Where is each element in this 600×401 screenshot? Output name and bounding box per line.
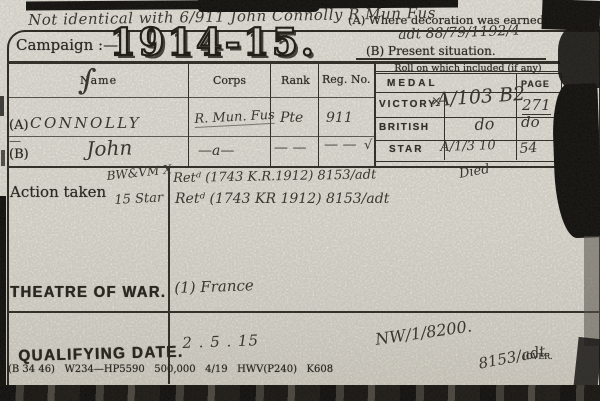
- qualifying-date-value: 2 . 5 . 15: [182, 331, 259, 352]
- star-check-mark: √: [364, 138, 372, 153]
- medal-column-label: MEDAL: [387, 78, 438, 89]
- star-roll-value: A/1/3 10: [440, 138, 496, 155]
- col-divider-rank-regno: [318, 62, 319, 166]
- row-b-side-mark: —: [9, 134, 21, 148]
- british-page-value: do: [521, 113, 540, 131]
- situation-underline: [356, 58, 546, 60]
- scan-artifact-left-speck-1: [0, 96, 4, 116]
- row-a-label: (A): [9, 118, 29, 133]
- medal-index-card-scan: Campaign :— 1914-15. (A) Where decoratio…: [0, 0, 600, 401]
- row-b-rank-ditto: — —: [274, 140, 306, 156]
- theatre-of-war-value: (1) France: [174, 276, 254, 297]
- theatre-bottom-rule: [7, 311, 600, 313]
- col-header-rank: Rank: [281, 74, 310, 87]
- col-header-roll: Roll on which included (if any): [378, 63, 558, 74]
- scan-artifact-right-upper: [558, 26, 600, 88]
- row-b-label: (B): [9, 147, 29, 162]
- scan-artifact-right-edge: [584, 236, 600, 346]
- action-entry-line2: Retᵈ (1743 KR 1912) 8153/adt: [175, 191, 389, 207]
- scan-artifact-left-bar: [0, 196, 6, 386]
- scan-artifact-top-bar-thick: [198, 0, 320, 12]
- col-header-reg-no: Reg. No.: [322, 73, 370, 86]
- medal-row-star-label: STAR: [389, 144, 423, 155]
- row-b-forename: John: [86, 135, 133, 161]
- campaign-label: Campaign :—: [16, 36, 118, 54]
- over-stamp: [OVER.: [523, 352, 553, 361]
- row-b-reg-ditto: — —: [324, 137, 356, 153]
- theatre-of-war-label: THEATRE OF WAR.: [10, 284, 166, 302]
- scan-artifact-bottom-right: [573, 337, 600, 389]
- print-code: (B 34 46) W234—HP5590 500,000 4/19 HWV(P…: [8, 364, 333, 375]
- col-divider-name-corps: [188, 62, 189, 166]
- row-a-rank: Pte: [280, 110, 303, 126]
- row-b-corps-ditto: —a—: [198, 143, 234, 159]
- action-taken-label: Action taken: [10, 183, 106, 201]
- action-note-star: 15 Star: [114, 190, 163, 208]
- col-header-corps: Corps: [213, 74, 246, 87]
- medal-row-victory-label: VICTORY: [379, 99, 437, 110]
- scan-artifact-bottom-band: [0, 385, 600, 401]
- page-column-label: PAGE: [521, 79, 550, 89]
- medal-row-british-label: BRITISH: [379, 122, 430, 133]
- british-roll-value: do: [474, 114, 495, 134]
- row-a-surname: CONNOLLY: [30, 114, 141, 132]
- scan-artifact-left-speck-2: [1, 150, 5, 166]
- row-a-reg-no: 911: [326, 110, 353, 126]
- star-page-value: 54: [519, 140, 538, 157]
- present-situation-label: (B) Present situation.: [366, 44, 496, 58]
